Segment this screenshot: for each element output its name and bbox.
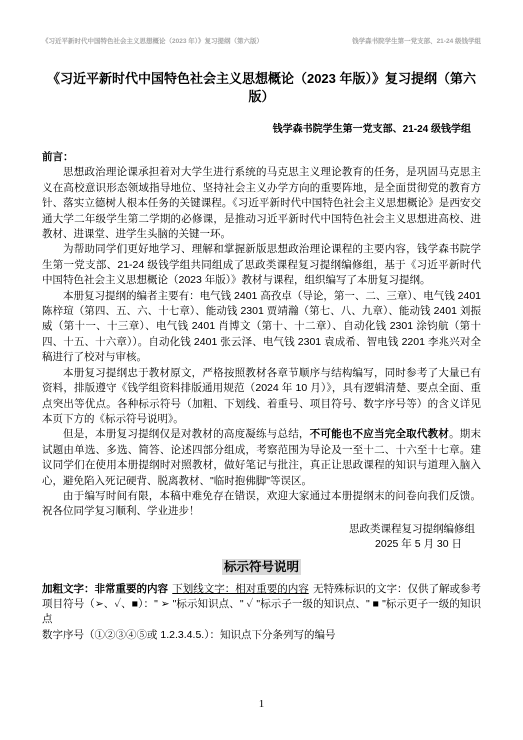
document-page: 《习近平新时代中国特色社会主义思想概论（2023 年）》复习提纲（第六版） 钱学… xyxy=(0,0,523,740)
preface-paragraph-2: 为帮助同学们更好地学习、理解和掌握新版思想政治理论课程的主要内容，钱学森书院学生… xyxy=(42,242,481,288)
preface-paragraph-5-lead: 但是，本册复习提纲仅是对教材的高度凝练与总结， xyxy=(63,428,310,440)
legend-underline-item: 下划线文字：相对重要的内容 xyxy=(172,582,309,597)
preface-paragraph-3: 本册复习提纲的编者主要有：电气钱 2401 高孜卓（导论，第一、二、三章）、电气… xyxy=(42,289,481,366)
preface-paragraph-5: 但是，本册复习提纲仅是对教材的高度凝练与总结，不可能也不应当完全取代教材。期末试… xyxy=(42,427,481,489)
preface-paragraph-4: 本册复习提纲忠于教材原文，严格按照教材各章节顺序与结构编写，同时参考了大量已有资… xyxy=(42,366,481,428)
legend-heading: 标示符号说明 xyxy=(222,559,301,575)
signoff-date: 2025 年 5 月 30 日 xyxy=(42,537,481,552)
preface-paragraph-1: 思想政治理论课承担着对大学生进行系统的马克思主义理论教育的任务，是巩固马克思主义… xyxy=(42,165,481,242)
legend-heading-row: 标示符号说明 xyxy=(42,558,481,576)
preface-label: 前言： xyxy=(42,150,481,165)
document-content: 《习近平新时代中国特色社会主义思想概论（2023 年）》复习提纲（第六版） 钱学… xyxy=(42,38,481,643)
legend-plain-item: 无特殊标识的文字：仅供了解或参考 xyxy=(313,582,481,597)
page-number: 1 xyxy=(0,698,523,710)
running-header-left: 《习近平新时代中国特色社会主义思想概论（2023 年）》复习提纲（第六版） xyxy=(42,38,263,46)
legend-bullets-line: 项目符号（➢、✓、■）：" ➢ "标示知识点、" ✓ "标示子一级的知识点、" … xyxy=(42,597,481,628)
legend-styles-line: 加粗文字：非常重要的内容 下划线文字：相对重要的内容 无特殊标识的文字：仅供了解… xyxy=(42,582,481,597)
legend-numbers-line: 数字序号（①②③④⑤或 1.2.3.4.5.）：知识点下分条列写的编号 xyxy=(42,628,481,643)
running-header: 《习近平新时代中国特色社会主义思想概论（2023 年）》复习提纲（第六版） 钱学… xyxy=(42,38,481,46)
preface-paragraph-6: 由于编写时间有限，本稿中难免存在错误，欢迎大家通过本册提纲末的问卷向我们反馈。祝… xyxy=(42,489,481,520)
byline: 钱学森书院学生第一党支部、21-24 级钱学组 xyxy=(42,123,481,136)
running-header-right: 钱学森书院学生第一党支部、21-24 级钱学组 xyxy=(352,38,481,46)
preface-paragraph-5-emphasis: 不可能也不应当完全取代教材 xyxy=(310,428,449,440)
legend-bold-item: 加粗文字：非常重要的内容 xyxy=(42,582,168,597)
signoff-block: 思政类课程复习提纲编修组 2025 年 5 月 30 日 xyxy=(42,522,481,553)
signoff-group: 思政类课程复习提纲编修组 xyxy=(42,522,481,537)
document-title: 《习近平新时代中国特色社会主义思想概论（2023 年版）》复习提纲（第六版） xyxy=(42,70,481,106)
